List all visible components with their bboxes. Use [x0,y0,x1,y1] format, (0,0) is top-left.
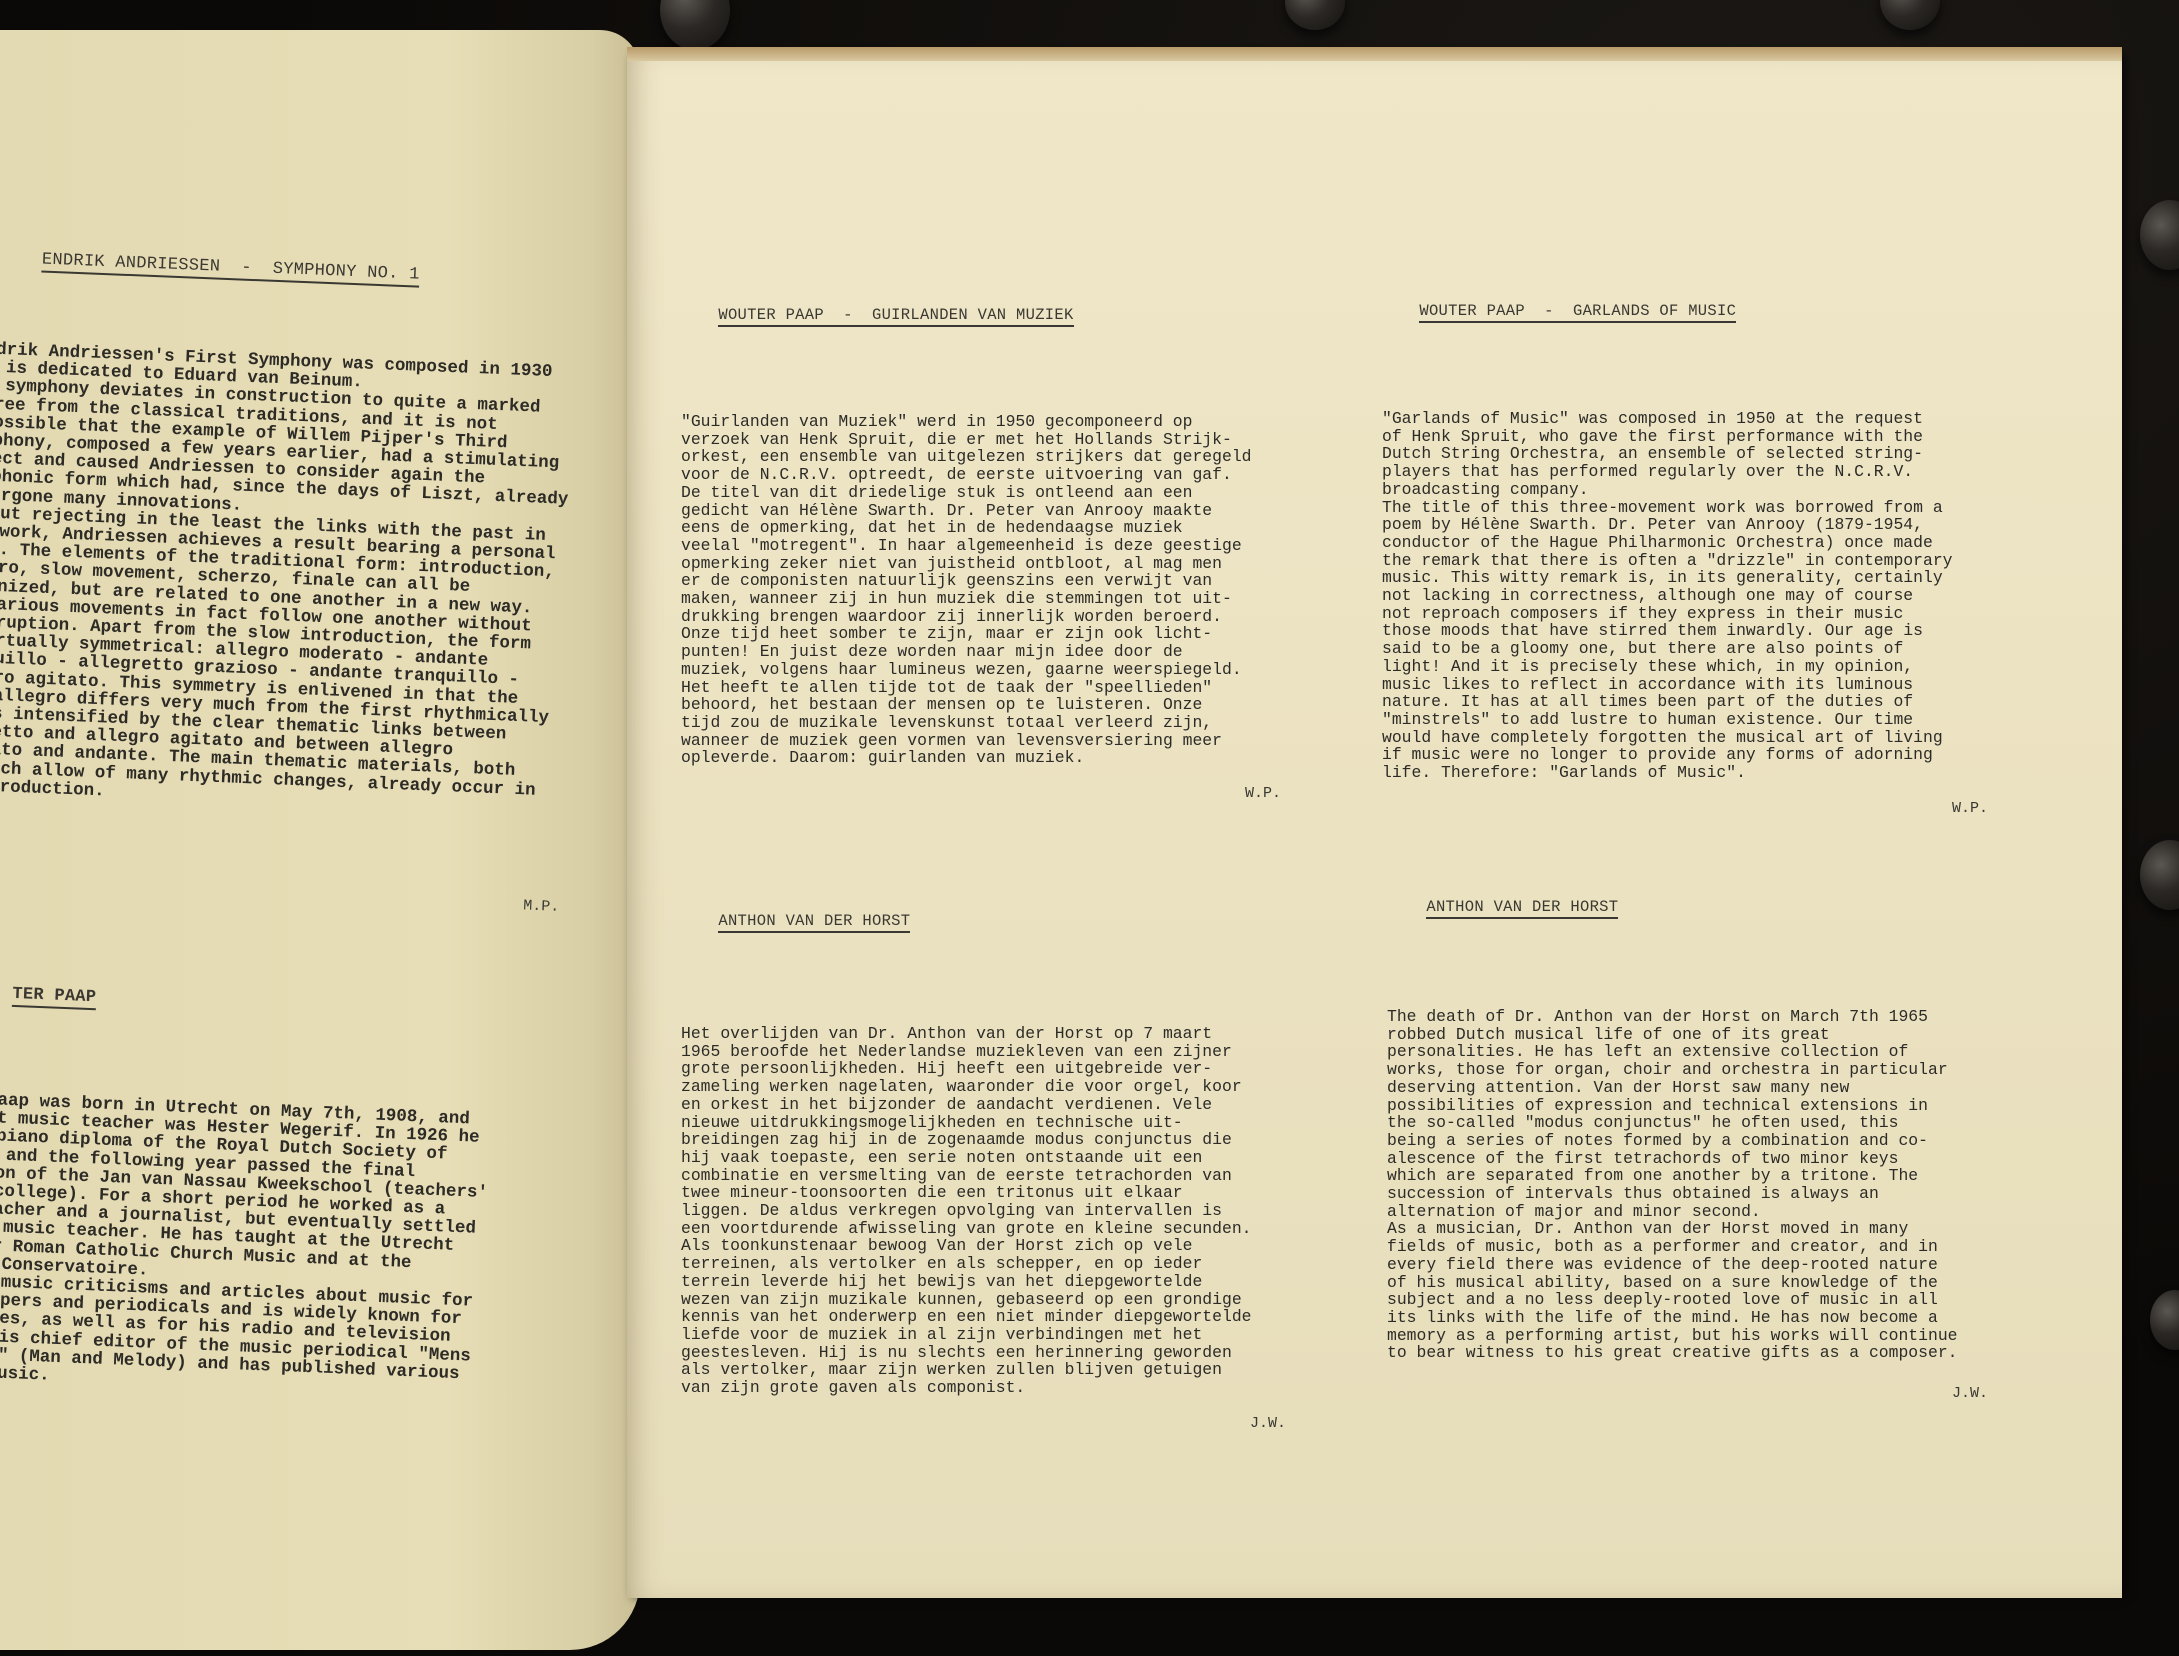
symphony-heading: ENDRIK ANDRIESSEN - SYMPHONY NO. 1 [41,252,420,288]
english-horst-signature: J.W. [1952,1385,1988,1402]
english-horst-heading: ANTHON VAN DER HORST [1426,899,1618,920]
symphony-body: endrik Andriessen's First Symphony was c… [0,340,574,819]
english-horst-body: The death of Dr. Anthon van der Horst on… [1387,1008,1958,1362]
english-paap-heading: WOUTER PAAP - GARLANDS OF MUSIC [1419,303,1736,324]
paap-body-left: ter Paap was born in Utrecht on May 7th,… [0,1089,491,1402]
english-horst-heading-wrap: ANTHON VAN DER HORST [1387,880,1618,937]
paap-heading-left: TER PAAP [12,986,97,1011]
dutch-paap-signature: W.P. [1245,785,1281,802]
symphony-signature: M.P. [523,897,560,915]
main-page: WOUTER PAAP - GUIRLANDEN VAN MUZIEK "Gui… [627,55,2122,1598]
english-paap-body: "Garlands of Music" was composed in 1950… [1382,410,1953,782]
dutch-horst-heading-wrap: ANTHON VAN DER HORST [679,894,910,951]
paap-section-left: TER PAAP [0,964,97,1028]
symphony-section: ENDRIK ANDRIESSEN - SYMPHONY NO. 1 [0,230,421,306]
dutch-horst-body: Het overlijden van Dr. Anthon van der Ho… [681,1025,1252,1397]
english-paap-heading-wrap: WOUTER PAAP - GARLANDS OF MUSIC [1380,284,1736,341]
dutch-paap-heading: WOUTER PAAP - GUIRLANDEN VAN MUZIEK [718,307,1073,328]
dutch-horst-signature: J.W. [1250,1415,1286,1432]
dutch-paap-body: "Guirlanden van Muziek" werd in 1950 gec… [681,413,1252,767]
left-page-content: ENDRIK ANDRIESSEN - SYMPHONY NO. 1 endri… [0,230,619,256]
dutch-paap-heading-wrap: WOUTER PAAP - GUIRLANDEN VAN MUZIEK [679,288,1074,345]
english-paap-signature: W.P. [1952,800,1988,817]
dutch-horst-heading: ANTHON VAN DER HORST [718,913,910,934]
left-page: ENDRIK ANDRIESSEN - SYMPHONY NO. 1 endri… [0,30,640,1650]
